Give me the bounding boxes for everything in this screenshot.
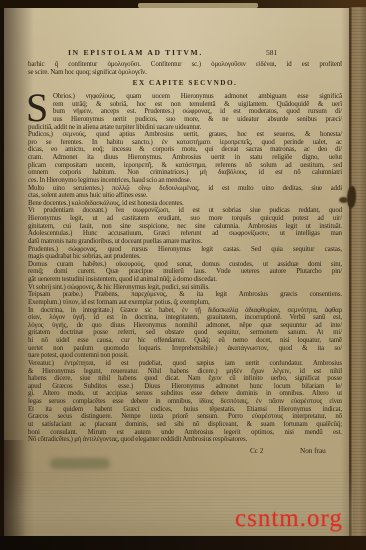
text-line: plicam compositam uocem, ἱεροπρεπῆ, & κα…	[28, 162, 342, 170]
faint-stamp-smudge	[50, 458, 110, 469]
text-line: Pudicos,) σεμνούς, quod aptius Ambrosius…	[28, 131, 342, 139]
text-line: In doctrina, in integritate.) Græce sic …	[28, 307, 342, 315]
drop-cap: S	[26, 92, 52, 123]
text-line: Nō cōtradicētes,) μὴ ἀντιλέγοντας, quod …	[28, 436, 342, 444]
text-line: Teipsam præbe.) Præbens, παρεχόμενος, & …	[28, 291, 342, 299]
text-line: Bene docentes.) καλοδιδασκάλους, id est …	[28, 200, 342, 208]
text-line: uus Hieronymus uertit pudicos, suo more,…	[28, 116, 342, 124]
signature-row: Cc 2 Non frau	[28, 447, 342, 456]
section-heading: EX CAPITE SECVNDO.	[28, 79, 342, 87]
text-line: Exemplum.) τύπον, id est formam aut exem…	[28, 299, 342, 307]
text-line: Multo uino seruientes.) πολλῷ οἴνῳ δεδου…	[28, 185, 342, 193]
text-line: omnem corporis habitum. Non criminatrice…	[28, 169, 342, 177]
text-line: remq̄; domi curent. Quæ præcipue mulierū…	[28, 268, 342, 276]
text-line: Vt prudentiam doceant.) ἵνα σωφρονίζωσι,…	[28, 207, 342, 215]
text-line: gāt uenerem testudini insistentem, quod …	[28, 276, 342, 284]
text-line: apud Græcos Subditos esse.) Diuus Hieron…	[28, 383, 342, 391]
text-line: ctas, solent autem anus huic uitio affin…	[28, 192, 342, 200]
intro-text: barhic q̄ confitentur ὁμολογοῦσι. Confit…	[28, 61, 342, 76]
book-page-photo: IN EPISTOLAM AD TITVM. 581 barhic q̄ con…	[0, 0, 366, 550]
text-line: σίαν, λόγον ὑγιῆ. id est in doctrina, in…	[28, 314, 342, 322]
text-line: magis quadrabat hic sobrias, aut prudent…	[28, 253, 342, 261]
text-line: Vereatur.) ἐντρέπηται, id est pudefiat, …	[28, 360, 342, 368]
text-line: Obrios.) νηφαλίους, quam uocem Hieronymu…	[28, 93, 342, 101]
text-line: Prudentes.) σώφρονας, quod rursus Hieron…	[28, 246, 342, 254]
text-line: Et ita quidem habent Græci codices, huiu…	[28, 406, 342, 414]
csntm-watermark: csntm.org	[235, 505, 343, 533]
text-line: uertet non paulum quomodo loquaris. Irre…	[28, 345, 342, 353]
text-line: nare potest, quod contemni non possit.	[28, 352, 342, 360]
text-line: se scire. Nam hoc quoq; significat ὁμολο…	[28, 69, 342, 77]
text-line: barhic q̄ confitentur ὁμολογοῦσι. Confit…	[28, 61, 342, 69]
text-line: Domus curam habētes.) οἰκουρούς, quod so…	[28, 261, 342, 269]
text-line: ut satisfaciant ac placeant dominis, sed…	[28, 421, 342, 429]
text-line: Græcos secus distinguere. Nempe iuxta pr…	[28, 413, 342, 421]
text-line: pro se ferentes. In habitu sancto.) ἐν κ…	[28, 139, 342, 147]
text-line: dicas, eo amictu, eoq̄; incessu & corpor…	[28, 146, 342, 154]
text-line: bum νήφειν, anceps est. Prudentes.) σώφρ…	[28, 108, 342, 116]
text-line: boni consulant. Mirum est autem unde Amb…	[28, 429, 342, 437]
text-line: & Hieronymus legunt, reuereatur. Nihil h…	[28, 368, 342, 376]
text-line: ces. In Hieronymo legimus incentrices, h…	[28, 177, 342, 185]
catchword: Non frau	[300, 447, 326, 455]
body-lines: Obrios.) νηφαλίους, quam uocem Hieronymu…	[28, 93, 342, 444]
page-header-row: IN EPISTOLAM AD TITVM. 581	[28, 48, 342, 58]
running-header: IN EPISTOLAM AD TITVM.	[68, 48, 203, 57]
text-line: habens dicere, siue nihil habens quod di…	[28, 375, 342, 383]
adjacent-page-sliver	[138, 3, 258, 8]
signature-mark: Cc 2	[250, 447, 263, 455]
text-block: S Obrios.) νηφαλίους, quam uocem Hierony…	[28, 93, 342, 444]
text-line: gi. Altero modo, ut accipias seruos subd…	[28, 390, 342, 398]
text-line: Hieronymus legit, ut ad castitatem erudi…	[28, 215, 342, 223]
text-line: gritatem doctrinæ posse referri, sed obs…	[28, 329, 342, 337]
text-line: cram. Admonet ita diuus Hieronymus. Ambr…	[28, 154, 342, 162]
text-line: ginitatem, cui fauit, non sine suspicion…	[28, 223, 342, 231]
text-line: legas seruos complacētes esse debere in …	[28, 398, 342, 406]
text-line: pudicitiā, addit ne in aliena ætate turp…	[28, 124, 342, 132]
text-line: Vt sobrij sint.) σώφρονες, & hic Hierony…	[28, 284, 342, 292]
book-fore-edge	[349, 7, 366, 550]
text-line: Adolescentulas.) Hunc accusatiuum, Græci…	[28, 230, 342, 238]
text-line: hi nō uidet̄ esse causa, cur hic offenda…	[28, 337, 342, 345]
text-line: rem utrāq̄; & sobriā, hoc est non temule…	[28, 101, 342, 109]
text-line: datū matronis natu grandioribus, ut doce…	[28, 238, 342, 246]
photo-border-bottom	[0, 536, 366, 550]
bottom-left-shadow	[0, 440, 26, 550]
text-line: λόγος ὑγιής, de quo diuus Hieronymus non…	[28, 322, 342, 330]
folio-number: 581	[266, 48, 277, 57]
